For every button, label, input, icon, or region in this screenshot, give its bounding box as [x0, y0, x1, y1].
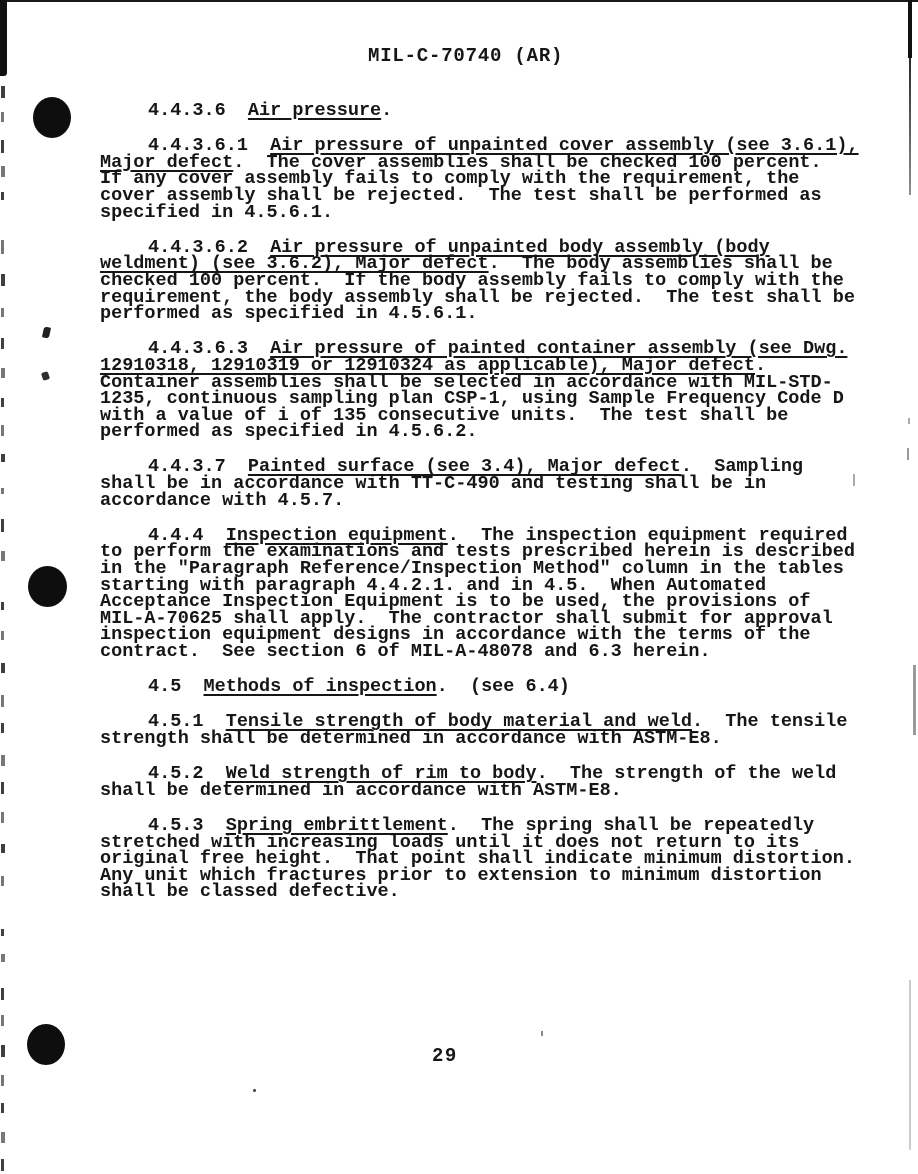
scanned-document-page: MIL-C-70740 (AR) 4.4.3.6 Air pressure.4.… [0, 0, 918, 1174]
paragraph: 4.5.1 Tensile strength of body material … [100, 714, 900, 747]
scan-tick [1, 112, 4, 122]
text-line: performed as specified in 4.5.6.1. [100, 306, 900, 323]
scan-tick [1, 812, 4, 823]
scan-tick [1, 488, 4, 494]
scan-tick [1, 551, 5, 561]
paragraph: 4.4.3.7 Painted surface (see 3.4), Major… [100, 459, 900, 509]
scan-mark [908, 418, 910, 424]
scan-tick [1, 723, 4, 733]
punch-hole [33, 97, 71, 138]
scan-tick [1, 454, 5, 462]
scan-tick [1, 140, 4, 153]
scan-tick [1, 1015, 4, 1026]
paragraph: 4.4.3.6 Air pressure. [100, 103, 900, 120]
scan-top-edge-line [0, 0, 918, 2]
text-line: accordance with 4.5.7. [100, 493, 900, 510]
scan-tick [1, 368, 5, 378]
scan-tick [1, 954, 5, 962]
text-line: specified in 4.5.6.1. [100, 205, 900, 222]
scan-tick [1, 876, 4, 886]
scan-tick [1, 240, 4, 254]
scan-tick [1, 1159, 4, 1171]
text-line: shall be determined in accordance with A… [100, 783, 900, 800]
scan-tick [1, 782, 4, 794]
scan-speck [541, 1031, 543, 1036]
text-line: performed as specified in 4.5.6.2. [100, 424, 900, 441]
scan-tick [1, 988, 4, 1000]
scan-mark [909, 980, 911, 1150]
text-line: contract. See section 6 of MIL-A-48078 a… [100, 644, 900, 661]
scan-tick [1, 1075, 4, 1086]
scan-left-edge-bar [0, 0, 7, 76]
scan-tick [1, 166, 5, 177]
scan-tick [1, 519, 4, 532]
paragraph: 4.5.2 Weld strength of rim to body. The … [100, 766, 900, 799]
scan-tick [1, 425, 4, 436]
scan-mark [907, 448, 909, 460]
paragraph: 4.4.3.6.1 Air pressure of unpainted cove… [100, 138, 900, 221]
scan-tick [1, 755, 5, 766]
document-body: 4.4.3.6 Air pressure.4.4.3.6.1 Air press… [100, 103, 900, 901]
scan-tick [1, 274, 5, 286]
scan-tick [1, 398, 4, 407]
scan-tick [1, 1132, 5, 1143]
document-header: MIL-C-70740 (AR) [368, 45, 563, 67]
text-line: shall be classed defective. [100, 884, 900, 901]
scan-right-edge-line [908, 0, 912, 58]
paragraph: 4.4.3.6.2 Air pressure of unpainted body… [100, 240, 900, 323]
scan-speck [42, 326, 51, 338]
page-number: 29 [432, 1045, 458, 1067]
text-line: strength shall be determined in accordan… [100, 731, 900, 748]
scan-mark [913, 665, 916, 735]
scan-tick [1, 929, 4, 936]
scan-tick [1, 1103, 4, 1113]
punch-hole [28, 566, 67, 607]
scan-tick [1, 695, 4, 707]
paragraph: 4.5.3 Spring embrittlement. The spring s… [100, 818, 900, 901]
scan-tick [1, 844, 5, 853]
punch-hole [27, 1024, 65, 1065]
paragraph: 4.4.4 Inspection equipment. The inspecti… [100, 528, 900, 661]
paragraph: 4.5 Methods of inspection. (see 6.4) [100, 679, 900, 696]
scan-right-edge-line-fade [909, 58, 911, 195]
scan-tick [1, 1045, 5, 1057]
paragraph: 4.4.3.6.3 Air pressure of painted contai… [100, 341, 900, 441]
scan-tick [1, 338, 4, 349]
scan-speck [41, 371, 50, 381]
scan-tick [1, 663, 5, 673]
text-line: 4.5 Methods of inspection. (see 6.4) [100, 679, 900, 696]
text-line: 4.4.3.6 Air pressure. [100, 103, 900, 120]
scan-tick [1, 602, 4, 610]
scan-speck [253, 1089, 256, 1092]
scan-tick [1, 631, 4, 640]
scan-tick [1, 308, 4, 317]
scan-tick [1, 86, 5, 98]
scan-tick [1, 192, 4, 200]
